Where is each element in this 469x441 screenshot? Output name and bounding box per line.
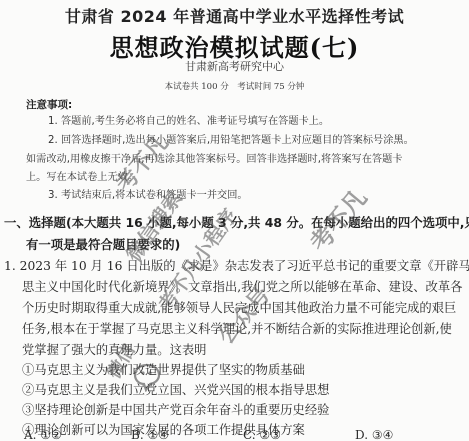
wechat-bubble-icon [132, 362, 162, 392]
choice-a[interactable]: A. ①② [24, 428, 62, 441]
statement-2: ②马克思主义是我们立党立国、兴党兴国的根本指导思想 [22, 380, 329, 398]
notice-heading: 注意事项: [26, 97, 72, 112]
statement-1: ①马克思主义为我们改造世界提供了坚实的物质基础 [22, 360, 305, 378]
question-stem-line-4: 任务,根本在于掌握了马克思主义科学理论,并不断结合新的实际推进理论创新,使 [22, 319, 452, 337]
question-stem-line-5: 党掌握了强大的真理力量。这表明 [22, 340, 206, 358]
score-info: 本试卷共 100 分 考试时间 75 分钟 [0, 80, 469, 92]
exam-page: 甘肃省 2024 年普通高中学业水平选择性考试 思想政治模拟试题(七) 甘肃新高… [0, 0, 469, 441]
statement-3: ③坚持理论创新是中国共产党百余年奋斗的重要历史经验 [22, 400, 329, 418]
exam-title: 甘肃省 2024 年普通高中学业水平选择性考试 [0, 4, 469, 27]
notice-line-4: 上。写在本试卷上无效。 [26, 168, 138, 183]
notice-line-5: 3. 考试结束后,将本试卷和答题卡一并交回。 [48, 186, 248, 201]
notice-line-3: 如需改动,用橡皮擦干净后,再选涂其他答案标号。回答非选择题时,将答案写在答题卡 [26, 150, 402, 165]
choice-d[interactable]: D. ③④ [355, 428, 393, 441]
notice-line-1: 1. 答题前,考生务必将自己的姓名、准考证号填写在答题卡上。 [48, 112, 329, 127]
choice-c[interactable]: C. ②③ [243, 428, 281, 441]
section-heading-line-2: 有一项是最符合题目要求的) [26, 235, 180, 253]
question-stem-line-2: 思主义中国化时代化新境界》。文章指出,我们党之所以能够在革命、建设、改革各 [22, 277, 462, 295]
question-stem-line-3: 个历史时期取得重大成就,能够领导人民完成中国其他政治力量不可能完成的艰巨 [22, 298, 456, 316]
section-heading-line-1: 一、选择题(本大题共 16 小题,每小题 3 分,共 48 分。在每小题给出的四… [4, 213, 469, 231]
publisher: 甘肃新高考研究中心 [0, 58, 469, 74]
question-stem-line-1: 1. 2023 年 10 月 16 日出版的《求是》杂志发表了习近平总书记的重要… [4, 256, 469, 274]
choice-b[interactable]: B. ①④ [131, 428, 169, 441]
notice-line-2: 2. 回答选择题时,选出每小题答案后,用铅笔把答题卡上对应题目的答案标号涂黑。 [48, 131, 414, 146]
